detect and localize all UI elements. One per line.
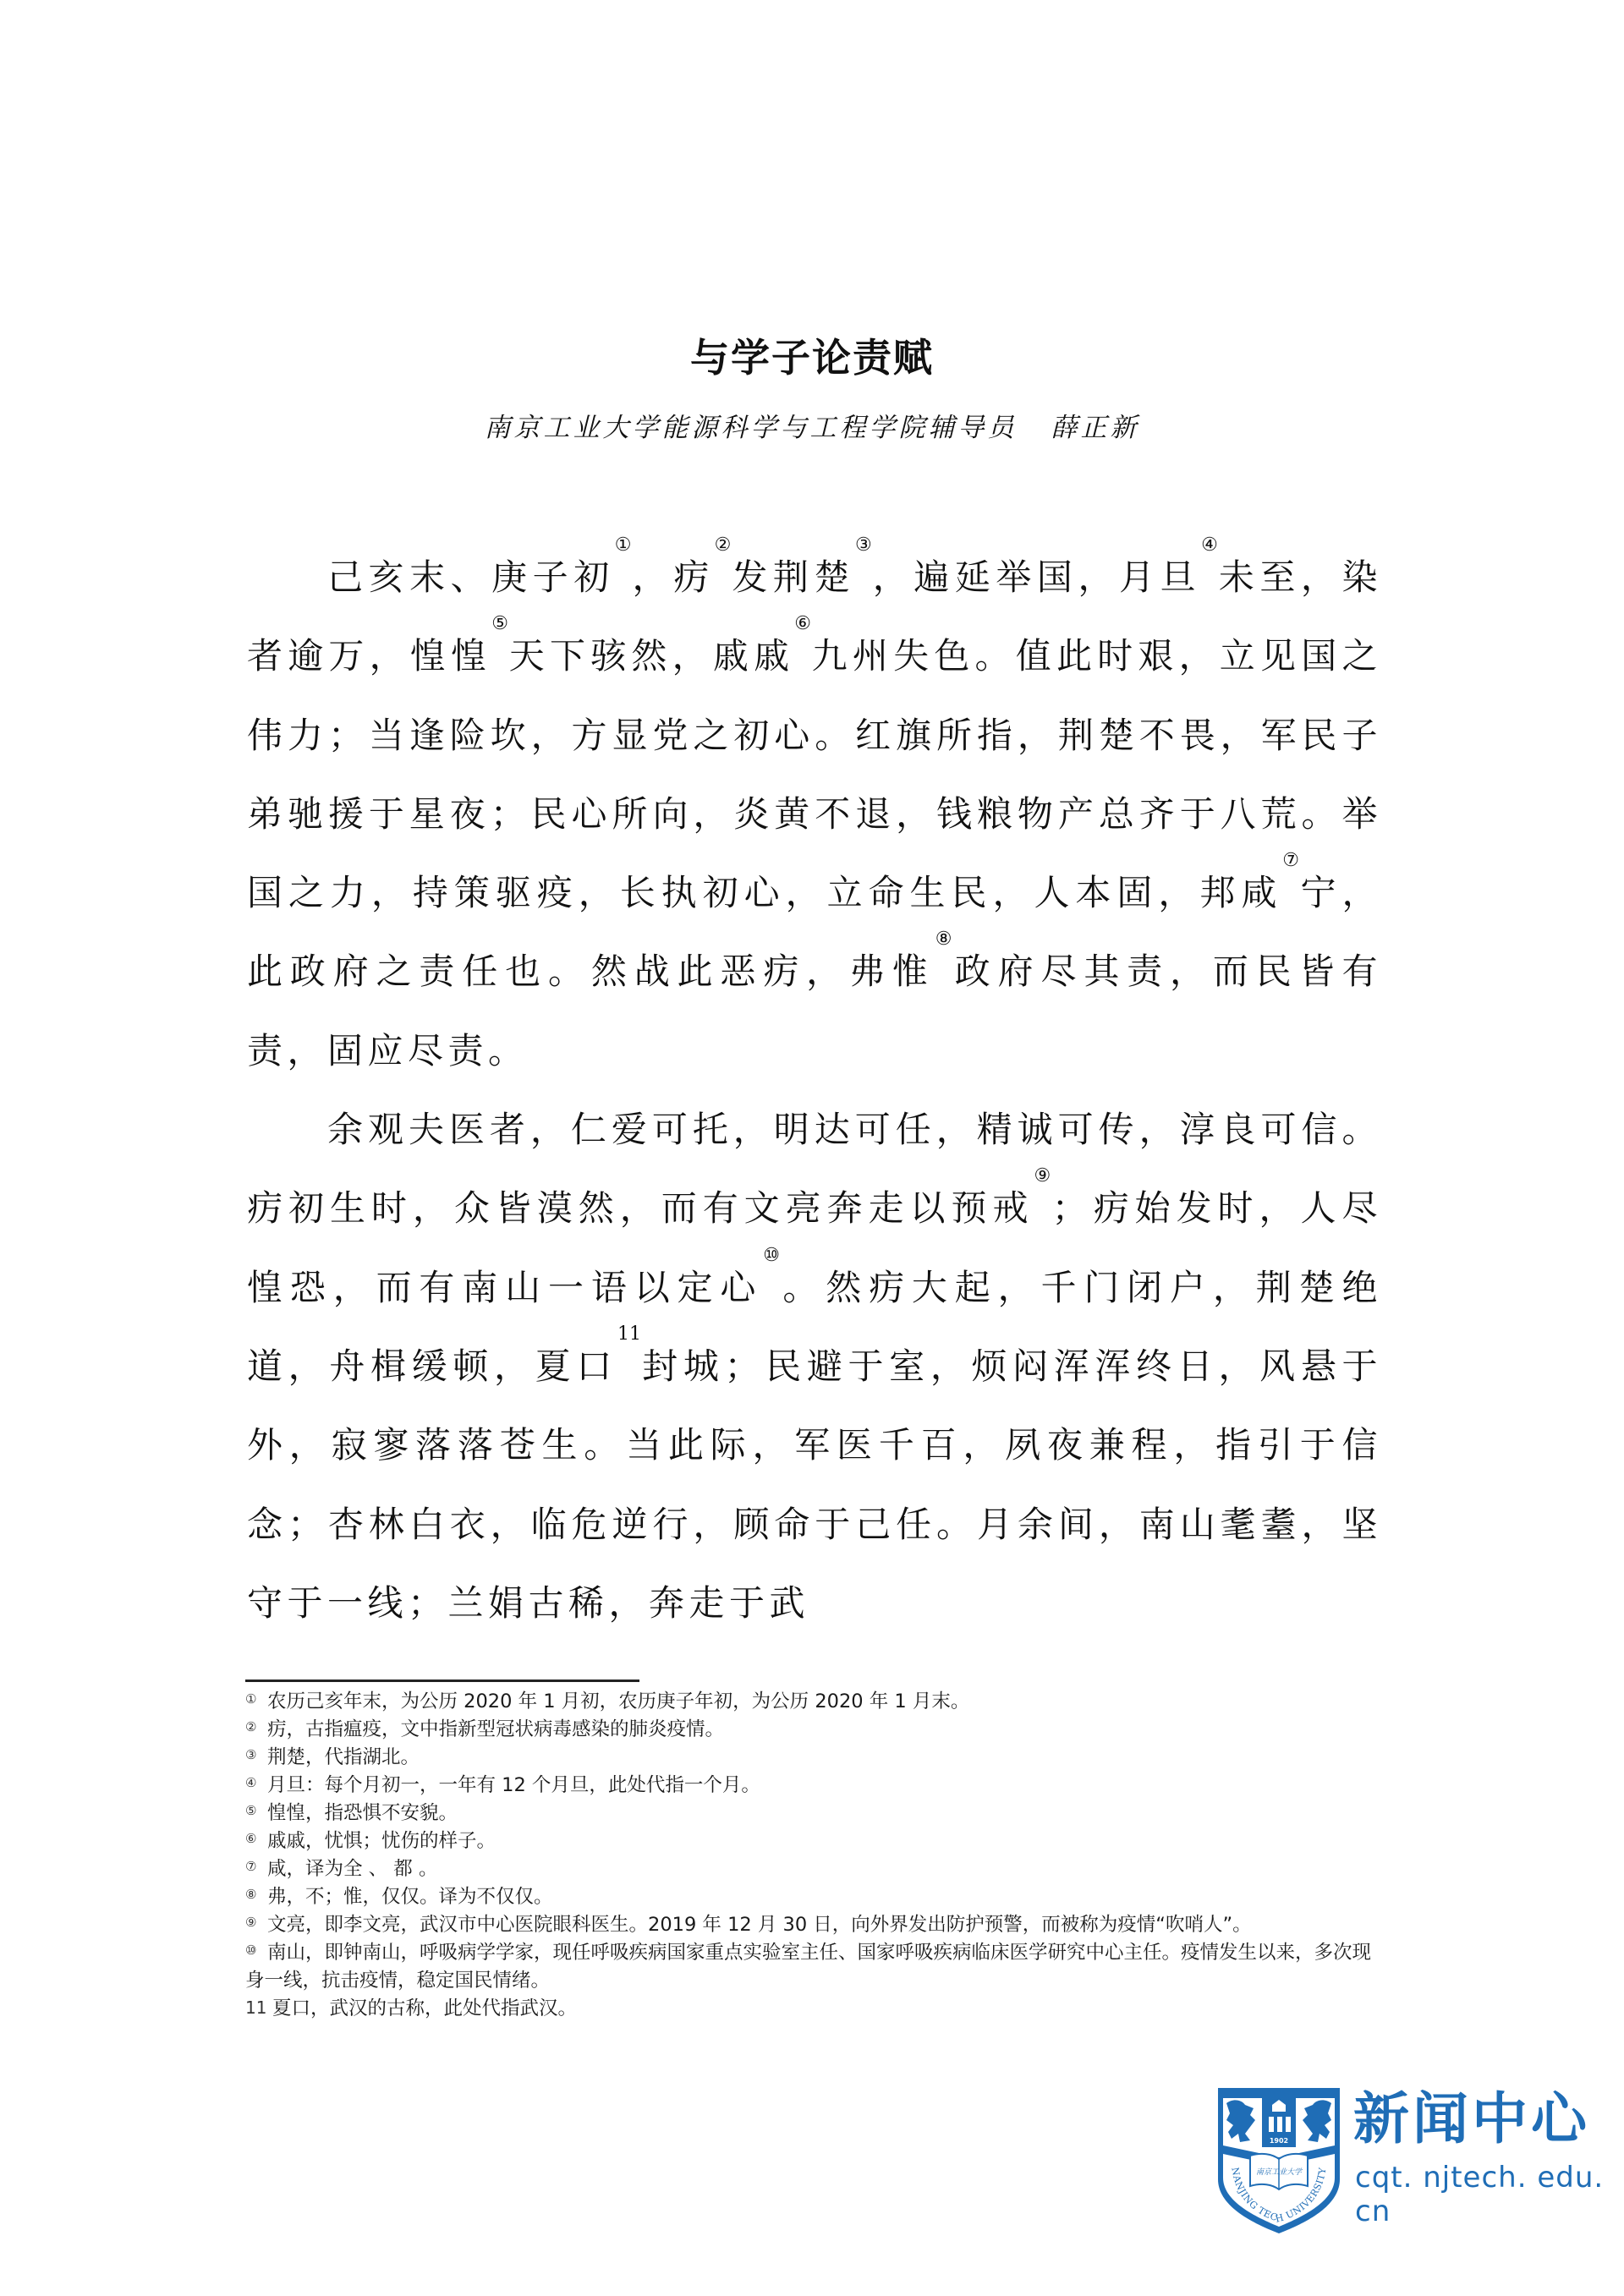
author-affiliation: 南京工业大学能源科学与工程学院辅导员 (485, 413, 1018, 443)
footnote-ref: ② (715, 534, 732, 556)
footnote-text: 农历己亥年末，为公历 2020 年 1 月初，农历庚子年初，为公历 2020 年… (267, 1690, 969, 1712)
footnote-mark: ⑧ (245, 1883, 267, 1905)
footnote-ref: ⑦ (1282, 850, 1300, 871)
footnote-mark: ④ (245, 1772, 267, 1794)
footnote: ④月旦：每个月初一，一年有 12 个月旦，此处代指一个月。 (245, 1772, 1383, 1800)
footnote-text: 咸，译为全 、 都 。 (267, 1858, 437, 1880)
footnote: ⑧弗，不；惟，仅仅。译为不仅仅。 (245, 1883, 1383, 1911)
byline: 南京工业大学能源科学与工程学院辅导员薛正新 (0, 409, 1624, 447)
footnote-ref: ⑧ (935, 929, 955, 950)
news-center-label: 新闻中心 (1353, 2085, 1590, 2154)
footnote: 11夏口，武汉的古称，此处代指武汉。 (245, 1995, 1383, 2023)
body-text: 己亥末、庚子初①，疠②发荆楚③，遍延举国，月旦④未至，染者逾万，惶惶⑤天下骇然，… (247, 538, 1382, 1642)
footnote-ref: ④ (1201, 534, 1219, 556)
footnote-ref: ⑥ (794, 613, 811, 634)
footnote-ref: ③ (855, 534, 873, 556)
footnote-mark: ③ (245, 1744, 267, 1766)
footnote-mark: ⑩ (245, 1939, 267, 1961)
footnote-ref: ⑩ (763, 1245, 782, 1266)
footnote-mark: ⑨ (245, 1911, 267, 1933)
footnote: ⑦咸，译为全 、 都 。 (245, 1855, 1383, 1883)
footnote-text: 夏口，武汉的古称，此处代指武汉。 (272, 1997, 577, 2019)
footnote-ref: ① (615, 534, 633, 556)
news-center-url: cqt. njtech. edu. cn (1355, 2161, 1621, 2228)
document-title: 与学子论责赋 (0, 332, 1624, 383)
footnote: ⑤惶惶，指恐惧不安貌。 (245, 1800, 1383, 1827)
paragraph-2: 余观夫医者，仁爱可托，明达可任，精诚可传，淳良可信。疠初生时，众皆漠然，而有文亮… (247, 1090, 1382, 1642)
footnote-text: 惶惶，指恐惧不安貌。 (267, 1802, 458, 1824)
svg-text:1902: 1902 (1270, 2137, 1288, 2145)
document-page: 与学子论责赋 南京工业大学能源科学与工程学院辅导员薛正新 己亥末、庚子初①，疠②… (0, 0, 1624, 2296)
footnote: ⑨文亮，即李文亮，武汉市中心医院眼科医生。2019 年 12 月 30 日，向外… (245, 1911, 1383, 1939)
footnote-mark: ⑦ (245, 1855, 267, 1877)
footnote: ⑥戚戚，忧惧；忧伤的样子。 (245, 1827, 1383, 1855)
footnote-text: 荆楚，代指湖北。 (267, 1746, 420, 1768)
footnotes: ①农历己亥年末，为公历 2020 年 1 月初，农历庚子年初，为公历 2020 … (245, 1688, 1383, 2023)
footnote-ref: ⑨ (1034, 1165, 1051, 1186)
footnote-text: 弗，不；惟，仅仅。译为不仅仅。 (267, 1886, 553, 1908)
author-name: 薛正新 (1051, 413, 1140, 443)
footnote-mark: ⑥ (245, 1827, 267, 1849)
paragraph-1: 己亥末、庚子初①，疠②发荆楚③，遍延举国，月旦④未至，染者逾万，惶惶⑤天下骇然，… (247, 538, 1382, 1090)
svg-text:南京工业大学: 南京工业大学 (1256, 2167, 1303, 2177)
footnote-text: 疠，古指瘟疫，文中指新型冠状病毒感染的肺炎疫情。 (267, 1718, 724, 1740)
footnote-text: 月旦：每个月初一，一年有 12 个月旦，此处代指一个月。 (267, 1774, 760, 1796)
university-emblem-icon: 1902 南京工业大学 NANJING TECH UNIVERSITY (1216, 2086, 1341, 2235)
footnote-ref: ⑤ (491, 613, 508, 634)
footnote-ref: 11 (617, 1323, 641, 1345)
footnote-mark: ① (245, 1688, 267, 1710)
footnote-text: 南山，即钟南山，呼吸病学学家，现任呼吸疾病国家重点实验室主任、国家呼吸疾病临床医… (245, 1942, 1371, 1992)
news-center-watermark: 1902 南京工业大学 NANJING TECH UNIVERSITY 新闻中心… (1215, 2085, 1621, 2237)
footnote: ①农历己亥年末，为公历 2020 年 1 月初，农历庚子年初，为公历 2020 … (245, 1688, 1383, 1716)
footnote: ②疠，古指瘟疫，文中指新型冠状病毒感染的肺炎疫情。 (245, 1716, 1383, 1744)
footnote-text: 戚戚，忧惧；忧伤的样子。 (267, 1830, 496, 1852)
footnote-separator (245, 1680, 639, 1682)
footnote: ③荆楚，代指湖北。 (245, 1744, 1383, 1772)
footnote: ⑩南山，即钟南山，呼吸病学学家，现任呼吸疾病国家重点实验室主任、国家呼吸疾病临床… (245, 1939, 1383, 1995)
footnote-mark: ② (245, 1716, 267, 1738)
footnote-mark: ⑤ (245, 1800, 267, 1822)
footnote-mark: 11 (245, 1995, 272, 2020)
footnote-text: 文亮，即李文亮，武汉市中心医院眼科医生。2019 年 12 月 30 日，向外界… (267, 1914, 1252, 1936)
